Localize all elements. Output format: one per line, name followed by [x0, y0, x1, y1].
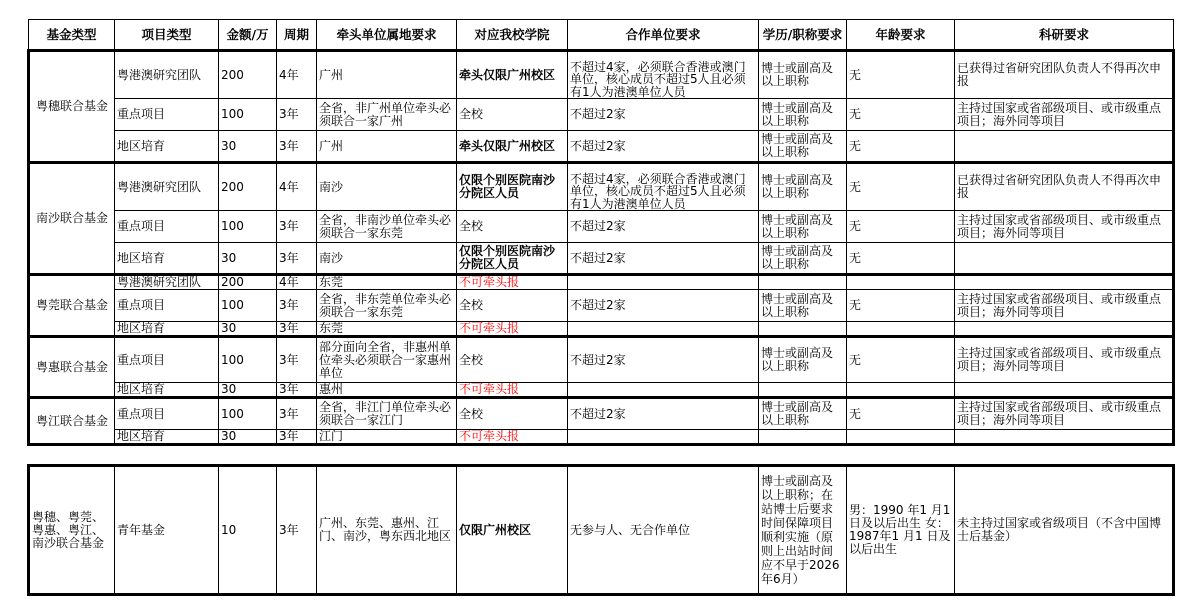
amount-cell: 100 [219, 211, 277, 243]
period-cell: 3年 [277, 383, 317, 398]
project-type-cell: 粤港澳研究团队 [115, 51, 219, 99]
period-cell: 4年 [277, 163, 317, 211]
table-row: 重点项目1003年全省，非南沙单位牵头必须联合一家东莞全校不超过2家博士或副高及… [29, 211, 1174, 243]
age-cell: 无 [847, 51, 955, 99]
degree-cell: 博士或副高及以上职称 [759, 398, 847, 430]
period-cell: 3年 [277, 131, 317, 163]
table-row: 粤穗联合基金粤港澳研究团队2004年广州牵头仅限广州校区不超过4家，必须联合香港… [29, 51, 1174, 99]
college-cell: 全校 [457, 211, 568, 243]
amount-cell: 100 [219, 290, 277, 322]
amount-cell: 30 [219, 430, 277, 445]
research-cell: 主持过国家或省部级项目、或市级重点项目；海外同等项目 [955, 398, 1174, 430]
partner-cell [568, 322, 759, 337]
partner-cell: 不超过2家 [568, 337, 759, 383]
period-cell: 4年 [277, 275, 317, 290]
amount-cell: 200 [219, 51, 277, 99]
amount-cell: 30 [219, 243, 277, 275]
college-cell: 全校 [457, 99, 568, 131]
location-cell: 惠州 [317, 383, 457, 398]
project-type-cell: 粤港澳研究团队 [115, 275, 219, 290]
fund-type-cell: 粤江联合基金 [29, 398, 115, 445]
college-cell: 全校 [457, 290, 568, 322]
age-cell: 无 [847, 163, 955, 211]
partner-cell: 不超过2家 [568, 211, 759, 243]
header-college: 对应我校学院 [457, 20, 568, 51]
age-cell [847, 383, 955, 398]
amount-cell: 30 [219, 322, 277, 337]
youth-age: 男：1990 年1 月1 日及以后出生 女：1987年1 月1 日及以后出生 [847, 466, 955, 595]
amount-cell: 30 [219, 383, 277, 398]
age-cell [847, 322, 955, 337]
period-cell: 4年 [277, 51, 317, 99]
header-row: 基金类型 项目类型 金额/万 周期 牵头单位属地要求 对应我校学院 合作单位要求… [29, 20, 1174, 51]
header-amount: 金额/万 [219, 20, 277, 51]
research-cell [955, 383, 1174, 398]
degree-cell: 博士或副高及以上职称 [759, 243, 847, 275]
partner-cell: 不超过2家 [568, 131, 759, 163]
partner-cell: 不超过2家 [568, 290, 759, 322]
location-cell: 东莞 [317, 275, 457, 290]
period-cell: 3年 [277, 430, 317, 445]
header-location: 牵头单位属地要求 [317, 20, 457, 51]
age-cell: 无 [847, 337, 955, 383]
amount-cell: 100 [219, 99, 277, 131]
degree-cell [759, 383, 847, 398]
table-body: 粤穗联合基金粤港澳研究团队2004年广州牵头仅限广州校区不超过4家，必须联合香港… [29, 51, 1174, 445]
research-cell: 主持过国家或省部级项目、或市级重点项目；海外同等项目 [955, 211, 1174, 243]
period-cell: 3年 [277, 211, 317, 243]
research-cell [955, 430, 1174, 445]
age-cell: 无 [847, 398, 955, 430]
project-type-cell: 地区培育 [115, 383, 219, 398]
youth-partner: 无参与人、无合作单位 [568, 466, 759, 595]
research-cell: 主持过国家或省部级项目、或市级重点项目；海外同等项目 [955, 337, 1174, 383]
degree-cell [759, 275, 847, 290]
degree-cell: 博士或副高及以上职称 [759, 163, 847, 211]
degree-cell: 博士或副高及以上职称 [759, 290, 847, 322]
header-period: 周期 [277, 20, 317, 51]
age-cell: 无 [847, 211, 955, 243]
table-row: 地区培育303年广州牵头仅限广州校区不超过2家博士或副高及以上职称无 [29, 131, 1174, 163]
project-type-cell: 重点项目 [115, 211, 219, 243]
college-cell: 牵头仅限广州校区 [457, 131, 568, 163]
partner-cell: 不超过2家 [568, 243, 759, 275]
degree-cell [759, 430, 847, 445]
age-cell: 无 [847, 243, 955, 275]
youth-amount: 10 [219, 466, 277, 595]
location-cell: 江门 [317, 430, 457, 445]
amount-cell: 100 [219, 337, 277, 383]
youth-research: 未主持过国家或省级项目（不含中国博士后基金） [955, 466, 1174, 595]
table-row: 地区培育303年东莞不可牵头报 [29, 322, 1174, 337]
location-cell: 广州 [317, 131, 457, 163]
youth-project-type: 青年基金 [115, 466, 219, 595]
degree-cell: 博士或副高及以上职称 [759, 211, 847, 243]
project-type-cell: 地区培育 [115, 322, 219, 337]
project-type-cell: 重点项目 [115, 398, 219, 430]
period-cell: 3年 [277, 337, 317, 383]
youth-fund-table: 粤穗、粤莞、粤惠、粤江、南沙联合基金 青年基金 10 3年 广州、东莞、惠州、江… [27, 464, 1175, 596]
youth-degree: 博士或副高及以上职称；在站博士后要求时间保障项目顺利实施（原则上出站时间应不早于… [759, 466, 847, 595]
partner-cell: 不超过4家，必须联合香港或澳门单位，核心成员不超过5人且必须有1人为港澳单位人员 [568, 51, 759, 99]
youth-college: 仅限广州校区 [457, 466, 568, 595]
table-row: 粤江联合基金重点项目1003年全省，非江门单位牵头必须联合一家江门全校不超过2家… [29, 398, 1174, 430]
project-type-cell: 地区培育 [115, 243, 219, 275]
college-cell: 不可牵头报 [457, 383, 568, 398]
location-cell: 部分面向全省，非惠州单位牵头必须联合一家惠州单位 [317, 337, 457, 383]
table-row: 地区培育303年江门不可牵头报 [29, 430, 1174, 445]
college-cell: 全校 [457, 337, 568, 383]
youth-location: 广州、东莞、惠州、江门、南沙，粤东西北地区 [317, 466, 457, 595]
table-row: 地区培育303年南沙仅限个别医院南沙分院区人员不超过2家博士或副高及以上职称无 [29, 243, 1174, 275]
degree-cell [759, 322, 847, 337]
college-cell: 不可牵头报 [457, 322, 568, 337]
college-cell: 不可牵头报 [457, 430, 568, 445]
youth-fund-name: 粤穗、粤莞、粤惠、粤江、南沙联合基金 [29, 466, 115, 595]
partner-cell: 不超过2家 [568, 398, 759, 430]
header-research: 科研要求 [955, 20, 1174, 51]
location-cell: 全省，非东莞单位牵头必须联合一家东莞 [317, 290, 457, 322]
college-cell: 不可牵头报 [457, 275, 568, 290]
degree-cell: 博士或副高及以上职称 [759, 99, 847, 131]
research-cell [955, 131, 1174, 163]
project-type-cell: 重点项目 [115, 99, 219, 131]
period-cell: 3年 [277, 99, 317, 131]
partner-cell: 不超过2家 [568, 99, 759, 131]
college-cell: 仅限个别医院南沙分院区人员 [457, 163, 568, 211]
location-cell: 广州 [317, 51, 457, 99]
amount-cell: 200 [219, 163, 277, 211]
project-type-cell: 重点项目 [115, 290, 219, 322]
age-cell: 无 [847, 99, 955, 131]
partner-cell [568, 275, 759, 290]
project-type-cell: 重点项目 [115, 337, 219, 383]
college-cell: 牵头仅限广州校区 [457, 51, 568, 99]
research-cell: 主持过国家或省部级项目、或市级重点项目；海外同等项目 [955, 290, 1174, 322]
age-cell: 无 [847, 131, 955, 163]
table-row: 粤莞联合基金粤港澳研究团队2004年东莞不可牵头报 [29, 275, 1174, 290]
project-type-cell: 地区培育 [115, 131, 219, 163]
header-age: 年龄要求 [847, 20, 955, 51]
location-cell: 南沙 [317, 243, 457, 275]
location-cell: 南沙 [317, 163, 457, 211]
table-row: 地区培育303年惠州不可牵头报 [29, 383, 1174, 398]
age-cell: 无 [847, 290, 955, 322]
research-cell: 主持过国家或省部级项目、或市级重点项目；海外同等项目 [955, 99, 1174, 131]
fund-requirements-table: 基金类型 项目类型 金额/万 周期 牵头单位属地要求 对应我校学院 合作单位要求… [27, 19, 1175, 446]
location-cell: 东莞 [317, 322, 457, 337]
research-cell [955, 243, 1174, 275]
location-cell: 全省，非南沙单位牵头必须联合一家东莞 [317, 211, 457, 243]
college-cell: 全校 [457, 398, 568, 430]
youth-fund-row: 粤穗、粤莞、粤惠、粤江、南沙联合基金 青年基金 10 3年 广州、东莞、惠州、江… [29, 466, 1174, 595]
project-type-cell: 地区培育 [115, 430, 219, 445]
research-cell [955, 322, 1174, 337]
fund-type-cell: 粤莞联合基金 [29, 275, 115, 337]
table-row: 南沙联合基金粤港澳研究团队2004年南沙仅限个别医院南沙分院区人员不超过4家，必… [29, 163, 1174, 211]
research-cell [955, 275, 1174, 290]
table-row: 重点项目1003年全省，非东莞单位牵头必须联合一家东莞全校不超过2家博士或副高及… [29, 290, 1174, 322]
partner-cell [568, 383, 759, 398]
research-cell: 已获得过省研究团队负责人不得再次申报 [955, 163, 1174, 211]
table-row: 重点项目1003年全省，非广州单位牵头必须联合一家广州全校不超过2家博士或副高及… [29, 99, 1174, 131]
project-type-cell: 粤港澳研究团队 [115, 163, 219, 211]
header-fund-type: 基金类型 [29, 20, 115, 51]
header-degree: 学历/职称要求 [759, 20, 847, 51]
amount-cell: 200 [219, 275, 277, 290]
degree-cell: 博士或副高及以上职称 [759, 131, 847, 163]
period-cell: 3年 [277, 398, 317, 430]
table-row: 粤惠联合基金重点项目1003年部分面向全省，非惠州单位牵头必须联合一家惠州单位全… [29, 337, 1174, 383]
period-cell: 3年 [277, 322, 317, 337]
period-cell: 3年 [277, 243, 317, 275]
partner-cell: 不超过4家，必须联合香港或澳门单位，核心成员不超过5人且必须有1人为港澳单位人员 [568, 163, 759, 211]
youth-period: 3年 [277, 466, 317, 595]
period-cell: 3年 [277, 290, 317, 322]
age-cell [847, 275, 955, 290]
amount-cell: 30 [219, 131, 277, 163]
fund-type-cell: 粤穗联合基金 [29, 51, 115, 163]
fund-type-cell: 粤惠联合基金 [29, 337, 115, 398]
degree-cell: 博士或副高及以上职称 [759, 51, 847, 99]
age-cell [847, 430, 955, 445]
header-partner: 合作单位要求 [568, 20, 759, 51]
degree-cell: 博士或副高及以上职称 [759, 337, 847, 383]
header-project-type: 项目类型 [115, 20, 219, 51]
college-cell: 仅限个别医院南沙分院区人员 [457, 243, 568, 275]
amount-cell: 100 [219, 398, 277, 430]
research-cell: 已获得过省研究团队负责人不得再次申报 [955, 51, 1174, 99]
fund-type-cell: 南沙联合基金 [29, 163, 115, 275]
location-cell: 全省，非江门单位牵头必须联合一家江门 [317, 398, 457, 430]
location-cell: 全省，非广州单位牵头必须联合一家广州 [317, 99, 457, 131]
partner-cell [568, 430, 759, 445]
